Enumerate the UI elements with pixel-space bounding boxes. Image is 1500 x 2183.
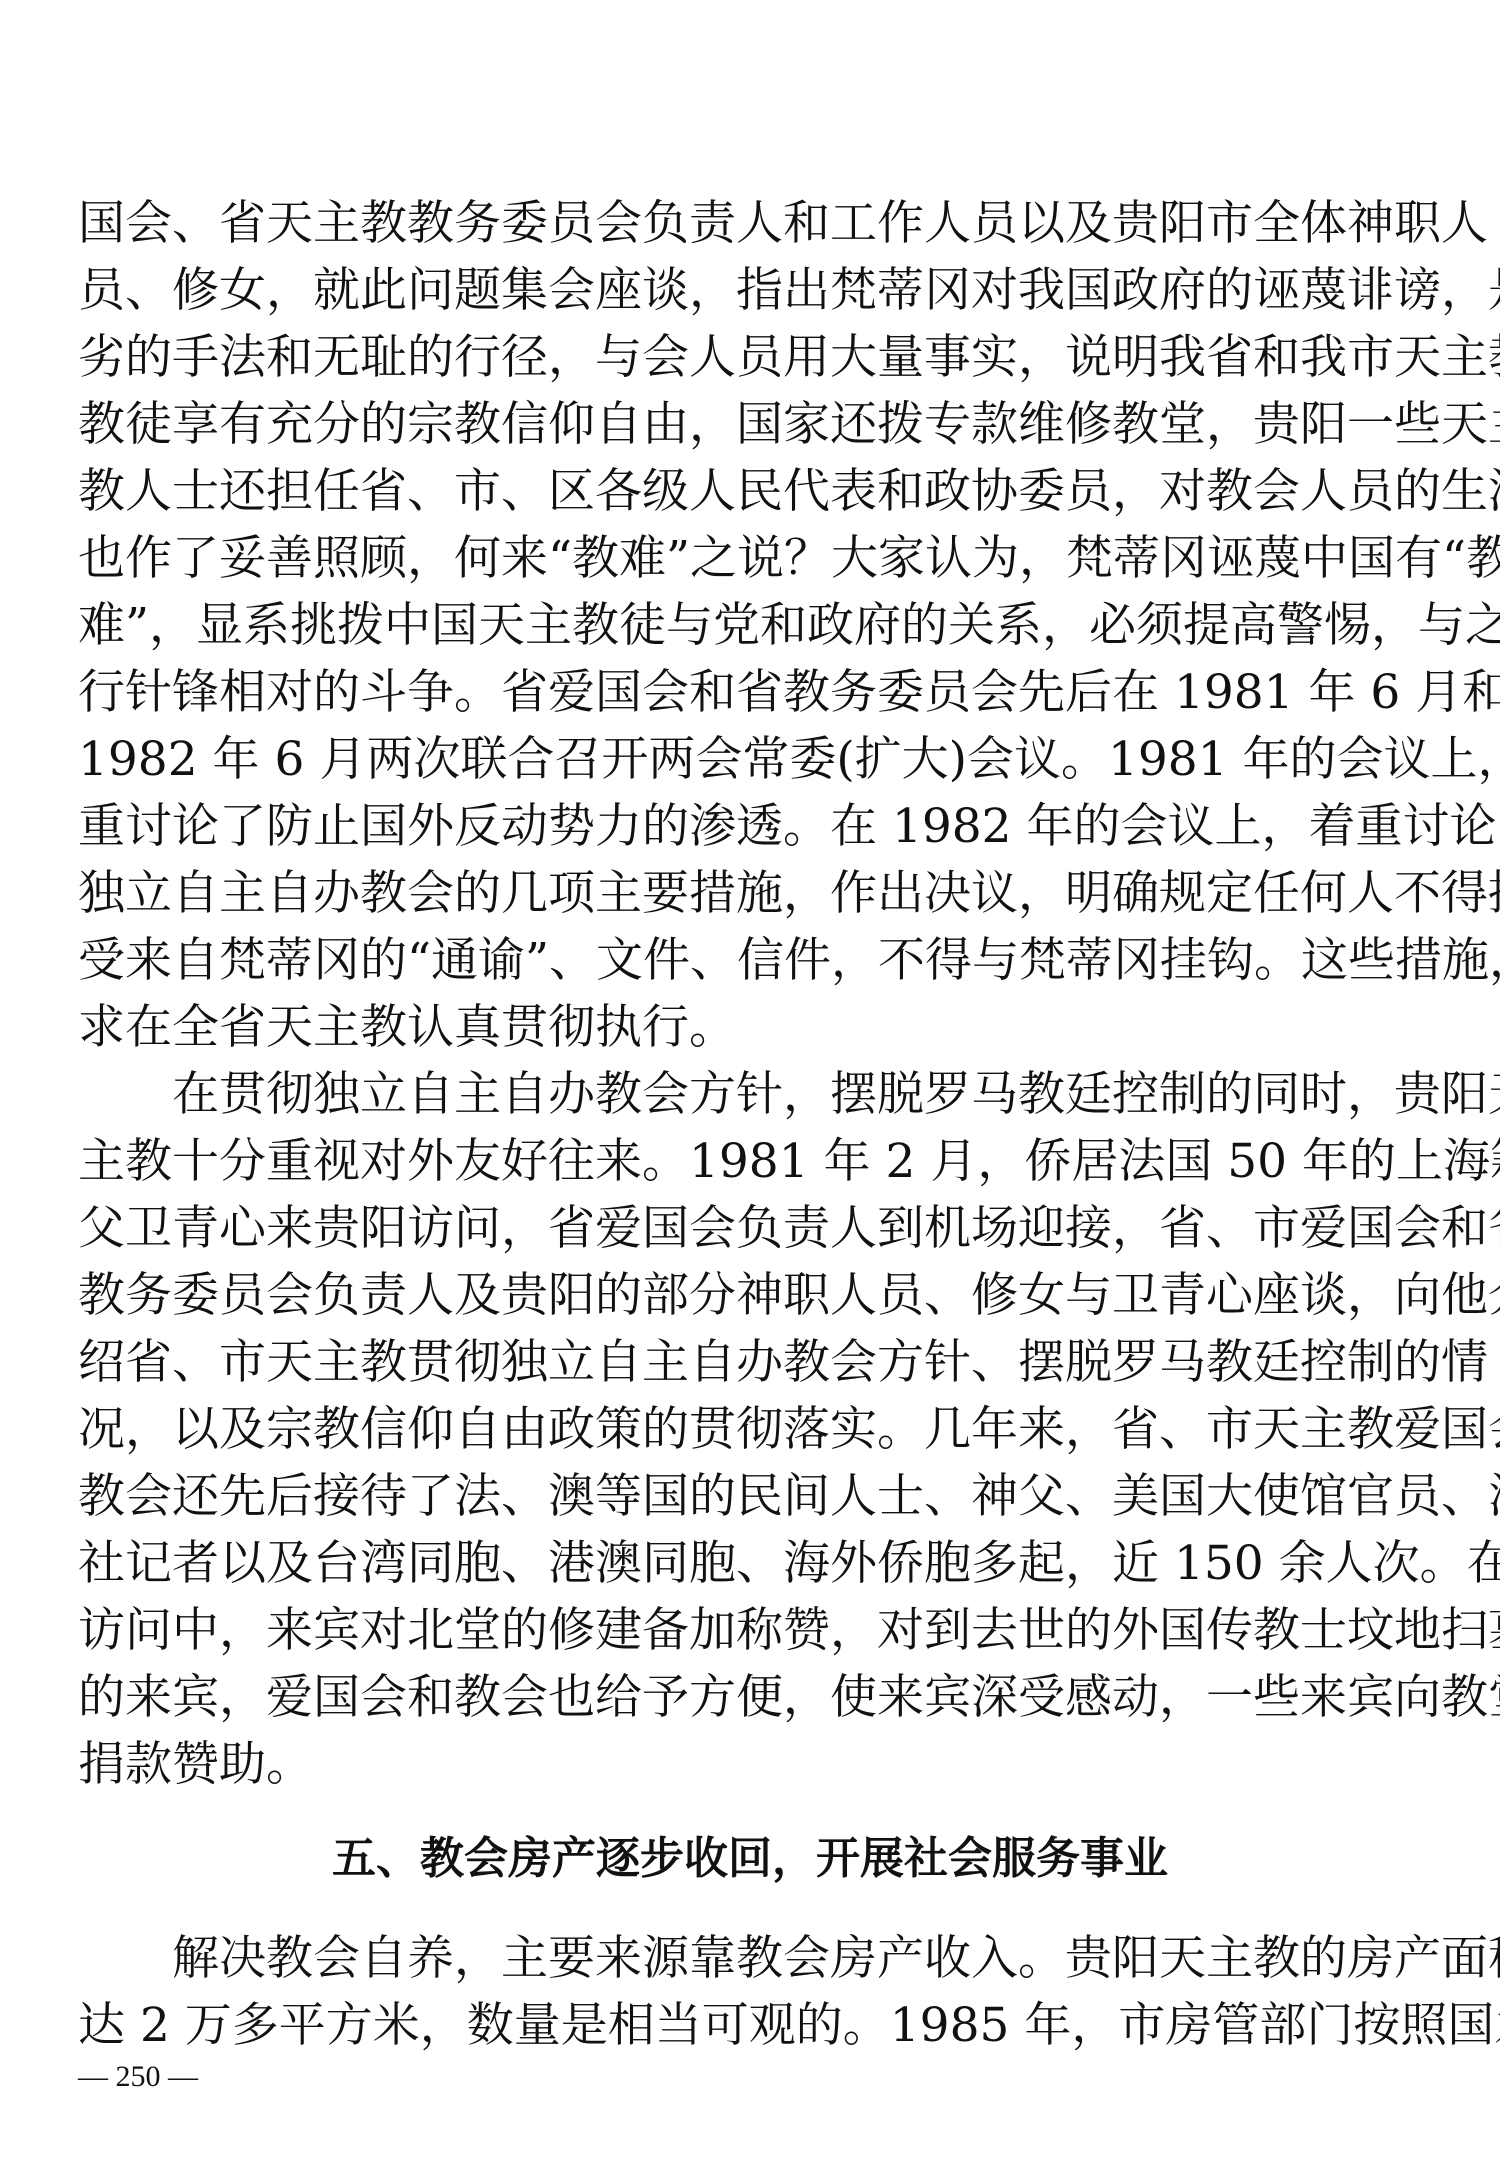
text-line: 受来自梵蒂冈的“通谕”、文件、信件，不得与梵蒂冈挂钩。这些措施，要 [78, 927, 1434, 994]
page-number: — 250 — [78, 2060, 198, 2094]
text-line: 的来宾，爱国会和教会也给予方便，使来宾深受感动，一些来宾向教堂 [78, 1664, 1434, 1731]
text-line: 教会还先后接待了法、澳等国的民间人士、神父、美国大使馆官员、法新 [78, 1463, 1434, 1530]
text-line: 也作了妥善照顾，何来“教难”之说？大家认为，梵蒂冈诬蔑中国有“教 [78, 525, 1434, 592]
text-line: 国会、省天主教教务委员会负责人和工作人员以及贵阳市全体神职人 [78, 190, 1434, 257]
text-line: 绍省、市天主教贯彻独立自主自办教会方针、摆脱罗马教廷控制的情 [78, 1329, 1434, 1396]
text-line: 难”，显系挑拨中国天主教徒与党和政府的关系，必须提高警惕，与之进 [78, 592, 1434, 659]
text-line: 员、修女，就此问题集会座谈，指出梵蒂冈对我国政府的诬蔑诽谤，是卑 [78, 257, 1434, 324]
section-heading: 五、教会房产逐步收回，开展社会服务事业 [0, 1822, 1500, 1886]
text-line: 在贯彻独立自主自办教会方针，摆脱罗马教廷控制的同时，贵阳天 [78, 1061, 1434, 1128]
text-line: 达 2 万多平方米，数量是相当可观的。1985 年，市房管部门按照国发 [78, 1992, 1434, 2059]
text-line: 教人士还担任省、市、区各级人民代表和政协委员，对教会人员的生活 [78, 458, 1434, 525]
text-line: 教徒享有充分的宗教信仰自由，国家还拨专款维修教堂，贵阳一些天主 [78, 391, 1434, 458]
text-line: 主教十分重视对外友好往来。1981 年 2 月，侨居法国 50 年的上海籍神 [78, 1128, 1434, 1195]
paragraph-3: 解决教会自养，主要来源靠教会房产收入。贵阳天主教的房产面积 达 2 万多平方米，… [78, 1925, 1434, 2059]
text-line: 独立自主自办教会的几项主要措施，作出决议，明确规定任何人不得接 [78, 860, 1434, 927]
text-line: 父卫青心来贵阳访问，省爱国会负责人到机场迎接，省、市爱国会和省 [78, 1195, 1434, 1262]
text-line: 行针锋相对的斗争。省爱国会和省教务委员会先后在 1981 年 6 月和 [78, 659, 1434, 726]
text-line: 解决教会自养，主要来源靠教会房产收入。贵阳天主教的房产面积 [78, 1925, 1434, 1992]
text-line: 劣的手法和无耻的行径，与会人员用大量事实，说明我省和我市天主教 [78, 324, 1434, 391]
text-line: 求在全省天主教认真贯彻执行。 [78, 994, 1434, 1061]
text-line: 重讨论了防止国外反动势力的渗透。在 1982 年的会议上，着重讨论了 [78, 793, 1434, 860]
text-line: 捐款赞助。 [78, 1731, 1434, 1798]
text-line: 教务委员会负责人及贵阳的部分神职人员、修女与卫青心座谈，向他介 [78, 1262, 1434, 1329]
text-line: 1982 年 6 月两次联合召开两会常委(扩大)会议。1981 年的会议上，着 [78, 726, 1434, 793]
paragraph-1: 国会、省天主教教务委员会负责人和工作人员以及贵阳市全体神职人 员、修女，就此问题… [78, 190, 1434, 1798]
document-page: 国会、省天主教教务委员会负责人和工作人员以及贵阳市全体神职人 员、修女，就此问题… [0, 0, 1500, 2183]
text-line: 况，以及宗教信仰自由政策的贯彻落实。几年来，省、市天主教爱国会和 [78, 1396, 1434, 1463]
text-line: 社记者以及台湾同胞、港澳同胞、海外侨胞多起，近 150 余人次。在参观 [78, 1530, 1434, 1597]
text-line: 访问中，来宾对北堂的修建备加称赞，对到去世的外国传教士坟地扫墓 [78, 1597, 1434, 1664]
